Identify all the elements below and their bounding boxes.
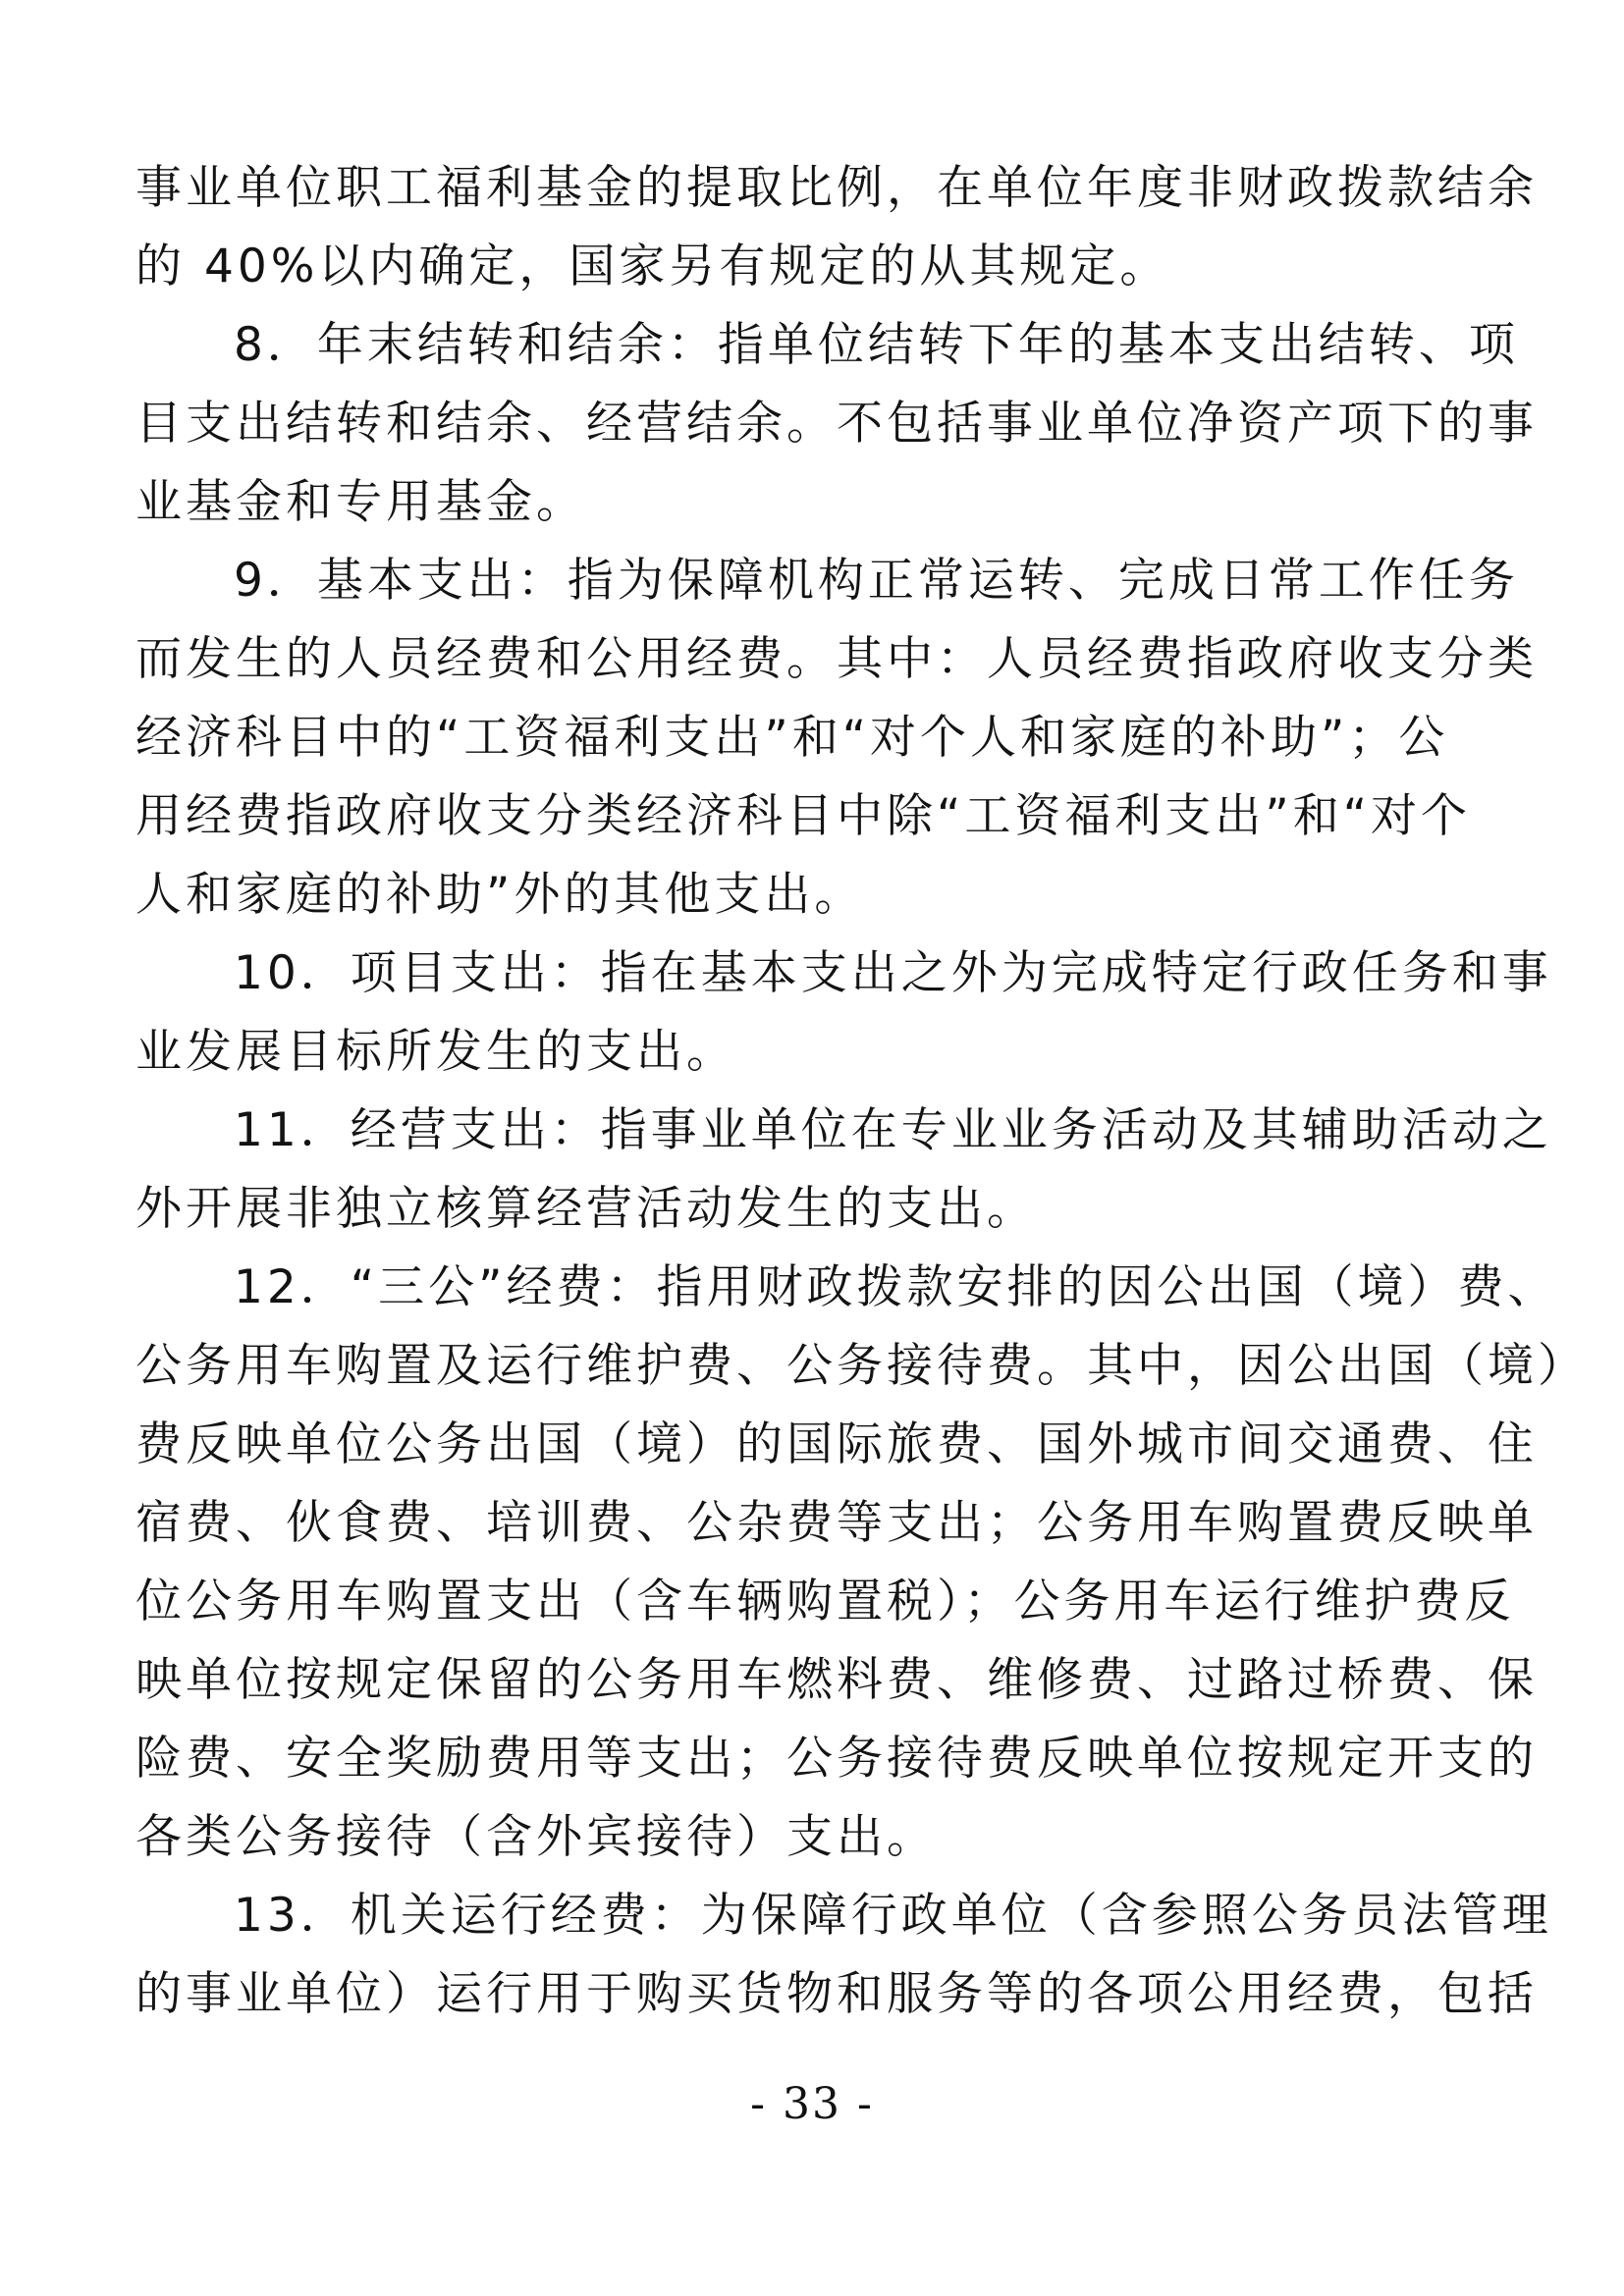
text-line: 13．机关运行经费：为保障行政单位（含参照公务员法管理 xyxy=(135,1877,1500,1955)
text-line: 位公务用车购置支出（含车辆购置税）；公务用车运行维护费反 xyxy=(135,1563,1500,1641)
text-line: 业基金和专用基金。 xyxy=(135,463,1500,542)
text-line: 11．经营支出：指事业单位在专业业务活动及其辅助活动之 xyxy=(135,1092,1500,1170)
text-line: 经济科目中的“工资福利支出”和“对个人和家庭的补助”；公 xyxy=(135,699,1500,777)
page-number: - 33 - xyxy=(0,2079,1624,2129)
text-line: 人和家庭的补助”外的其他支出。 xyxy=(135,856,1500,934)
text-line: 8．年末结转和结余：指单位结转下年的基本支出结转、项 xyxy=(135,306,1500,385)
text-line: 险费、安全奖励费用等支出；公务接待费反映单位按规定开支的 xyxy=(135,1720,1500,1798)
text-line: 12．“三公”经费：指用财政拨款安排的因公出国（境）费、 xyxy=(135,1249,1500,1327)
text-line: 的事业单位）运行用于购买货物和服务等的各项公用经费，包括 xyxy=(135,1955,1500,2034)
text-line: 的 40%以内确定，国家另有规定的从其规定。 xyxy=(135,228,1500,306)
document-page: 事业单位职工福利基金的提取比例，在单位年度非财政拨款结余的 40%以内确定，国家… xyxy=(0,0,1624,2296)
text-line: 各类公务接待（含外宾接待）支出。 xyxy=(135,1798,1500,1877)
text-line: 而发生的人员经费和公用经费。其中：人员经费指政府收支分类 xyxy=(135,620,1500,699)
text-line: 费反映单位公务出国（境）的国际旅费、国外城市间交通费、住 xyxy=(135,1406,1500,1484)
text-line: 目支出结转和结余、经营结余。不包括事业单位净资产项下的事 xyxy=(135,385,1500,463)
document-body: 事业单位职工福利基金的提取比例，在单位年度非财政拨款结余的 40%以内确定，国家… xyxy=(135,149,1500,2034)
text-line: 9．基本支出：指为保障机构正常运转、完成日常工作任务 xyxy=(135,542,1500,620)
text-line: 用经费指政府收支分类经济科目中除“工资福利支出”和“对个 xyxy=(135,777,1500,856)
text-line: 事业单位职工福利基金的提取比例，在单位年度非财政拨款结余 xyxy=(135,149,1500,228)
text-line: 业发展目标所发生的支出。 xyxy=(135,1013,1500,1092)
text-line: 公务用车购置及运行维护费、公务接待费。其中，因公出国（境） xyxy=(135,1327,1500,1406)
text-line: 10．项目支出：指在基本支出之外为完成特定行政任务和事 xyxy=(135,934,1500,1013)
text-line: 宿费、伙食费、培训费、公杂费等支出；公务用车购置费反映单 xyxy=(135,1484,1500,1563)
text-line: 映单位按规定保留的公务用车燃料费、维修费、过路过桥费、保 xyxy=(135,1641,1500,1720)
text-line: 外开展非独立核算经营活动发生的支出。 xyxy=(135,1170,1500,1249)
